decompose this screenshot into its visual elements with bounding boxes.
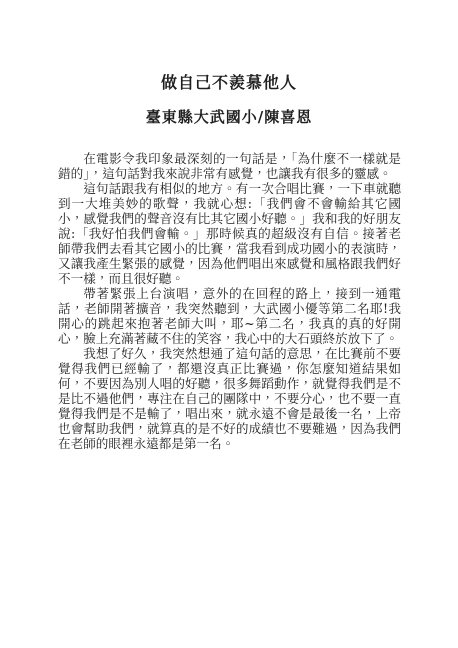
essay-title: 做自己不羨慕他人 xyxy=(0,0,458,93)
essay-paragraph-4: 我想了好久，我突然想通了這句話的意思，在比賽前不要覺得我們已經輸了，都還沒真正比… xyxy=(58,346,401,451)
essay-paragraph-1: 在電影令我印象最深刻的一句話是，「為什麼不一樣就是錯的」，這句話對我來說非常有感… xyxy=(58,151,401,181)
essay-body: 在電影令我印象最深刻的一句話是，「為什麼不一樣就是錯的」，這句話對我來說非常有感… xyxy=(58,151,401,451)
essay-paragraph-2: 這句話跟我有相似的地方。有一次合唱比賽，一下車就聽到一大堆美妙的歌聲，我就心想:… xyxy=(58,181,401,286)
essay-byline: 臺東縣大武國小/陳喜恩 xyxy=(0,106,458,127)
essay-paragraph-3: 帶著緊張上台演唱，意外的在回程的路上，接到一通電話，老師開著擴音，我突然聽到，大… xyxy=(58,286,401,346)
document-page: 做自己不羨慕他人 臺東縣大武國小/陳喜恩 在電影令我印象最深刻的一句話是，「為什… xyxy=(0,0,458,648)
